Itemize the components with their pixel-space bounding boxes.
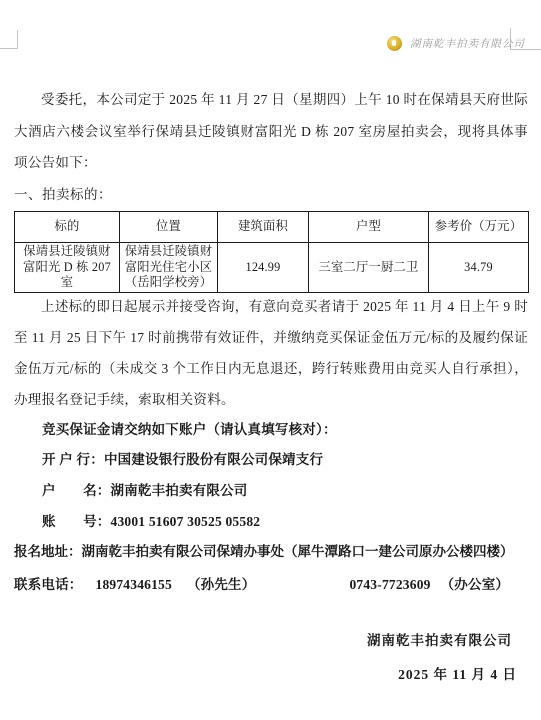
gold-coin-seal-icon [387, 36, 402, 51]
cell-layout: 三室二厅一厨二卫 [309, 243, 429, 293]
account-number-line: 账 号：43001 51607 30525 05582 [14, 508, 528, 536]
table-row: 保靖县迁陵镇财富阳光 D 栋 207 室 保靖县迁陵镇财富阳光住宅小区（岳阳学校… [15, 243, 529, 293]
phone-mobile: 18974346155 [96, 577, 172, 592]
crop-mark-top-left [17, 30, 18, 49]
table-header-layout: 户型 [309, 212, 429, 243]
crop-mark-top-left [0, 48, 17, 49]
registration-address-line: 报名地址：湖南乾丰拍卖有限公司保靖办事处（犀牛潭路口一建公司原办公楼四楼） [14, 538, 528, 566]
phone-office: 0743-7723609 [349, 577, 430, 592]
contact-phone-line: 联系电话：18974346155（孙先生）0743-7723609（办公室） [14, 571, 528, 599]
account-name-value: 湖南乾丰拍卖有限公司 [111, 483, 248, 498]
auction-lots-table: 标的 位置 建筑面积 户型 参考价（万元） 保靖县迁陵镇财富阳光 D 栋 207… [14, 211, 529, 293]
cell-subject: 保靖县迁陵镇财富阳光 D 栋 207 室 [15, 243, 120, 293]
bank-line: 开 户 行：中国建设银行股份有限公司保靖支行 [14, 446, 528, 474]
cell-location: 保靖县迁陵镇财富阳光住宅小区（岳阳学校旁） [120, 243, 218, 293]
address-label: 报名地址： [14, 544, 82, 559]
phone-label: 联系电话： [14, 577, 83, 592]
account-number-label: 账 号： [42, 514, 111, 529]
cell-area: 124.99 [218, 243, 309, 293]
table-header-price: 参考价（万元） [429, 212, 529, 243]
phone-office-note: （办公室） [441, 577, 510, 592]
auction-notice-page: 湖南乾丰拍卖有限公司 受委托，本公司定于 2025 年 11 月 27 日（星期… [0, 0, 541, 720]
deposit-notice: 竞买保证金请交纳如下账户（请认真填写核对）： [14, 416, 528, 444]
table-header-subject: 标的 [15, 212, 120, 243]
bank-label: 开 户 行： [42, 452, 104, 467]
bank-value: 中国建设银行股份有限公司保靖支行 [104, 452, 323, 467]
cell-price: 34.79 [429, 243, 529, 293]
table-header-area: 建筑面积 [218, 212, 309, 243]
signature-company: 湖南乾丰拍卖有限公司 [14, 627, 528, 655]
header-brand: 湖南乾丰拍卖有限公司 [387, 36, 525, 51]
address-value: 湖南乾丰拍卖有限公司保靖办事处（犀牛潭路口一建公司原办公楼四楼） [82, 544, 514, 559]
table-header-location: 位置 [120, 212, 218, 243]
phone-mobile-note: （孙先生） [187, 577, 256, 592]
account-name-label: 户 名： [42, 483, 111, 498]
section-title: 一、拍卖标的： [14, 181, 528, 209]
signature-date: 2025 年 11 月 4 日 [14, 661, 528, 689]
header-company-name: 湖南乾丰拍卖有限公司 [410, 36, 525, 51]
terms-paragraph: 上述标的即日起展示并接受咨询，有意向竞买者请于 2025 年 11 月 4 日上… [14, 291, 528, 415]
table-header-row: 标的 位置 建筑面积 户型 参考价（万元） [15, 212, 529, 243]
account-name-line: 户 名：湖南乾丰拍卖有限公司 [14, 477, 528, 505]
account-number-value: 43001 51607 30525 05582 [111, 514, 261, 529]
intro-paragraph: 受委托，本公司定于 2025 年 11 月 27 日（星期四）上午 10 时在保… [14, 84, 528, 179]
